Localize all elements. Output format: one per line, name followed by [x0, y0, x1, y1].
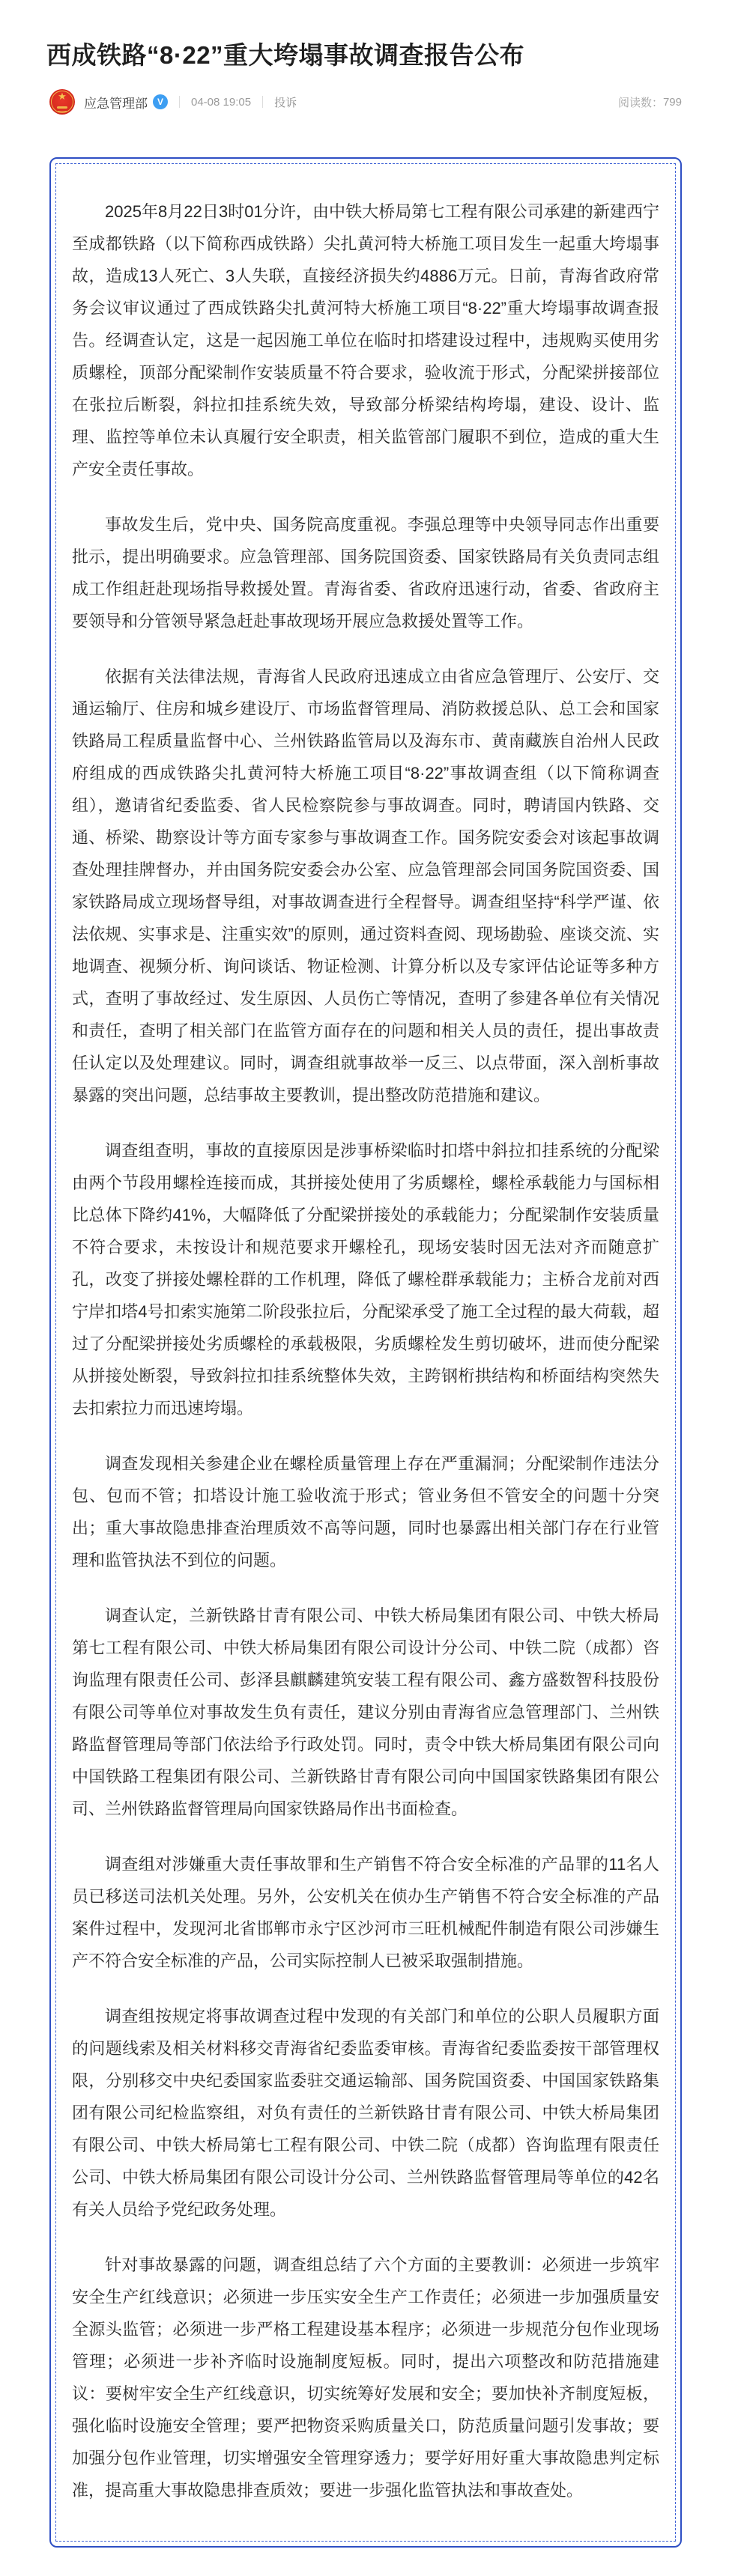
author-avatar-emblem-icon[interactable]: ★	[49, 89, 75, 115]
article-body: 2025年8月22日3时01分许，由中铁大桥局第七工程有限公司承建的新建西宁至成…	[55, 163, 676, 2542]
publish-time: 04-08 19:05	[191, 96, 251, 109]
verified-badge-icon: V	[153, 94, 168, 109]
read-count-label: 阅读数：	[618, 94, 663, 110]
article-paragraph: 调查发现相关参建企业在螺栓质量管理上存在严重漏洞；分配梁制作违法分包、包而不管；…	[72, 1448, 659, 1576]
meta-divider	[179, 96, 180, 108]
author-name[interactable]: 应急管理部	[84, 93, 148, 112]
emblem-star-icon: ★	[49, 91, 75, 102]
read-count: 阅读数： 799	[618, 94, 682, 110]
article-paragraph: 针对事故暴露的问题，调查组总结了六个方面的主要教训：必须进一步筑牢安全生产红线意…	[72, 2249, 659, 2506]
meta-divider	[262, 96, 263, 108]
article-paragraph: 调查组按规定将事故调查过程中发现的有关部门和单位的公职人员履职方面的问题线索及相…	[72, 2000, 659, 2226]
article-meta-bar: ★ 应急管理部 V 04-08 19:05 投诉 阅读数： 799	[49, 87, 682, 117]
report-complaint-button[interactable]: 投诉	[274, 94, 297, 110]
article-content-box: 2025年8月22日3时01分许，由中铁大桥局第七工程有限公司承建的新建西宁至成…	[49, 157, 682, 2548]
read-count-value: 799	[663, 96, 682, 109]
page-title: 西成铁路“8·22”重大垮塌事故调查报告公布	[0, 0, 729, 72]
article-paragraph: 调查组查明，事故的直接原因是涉事桥梁临时扣塔中斜拉扣挂系统的分配梁由两个节段用螺…	[72, 1134, 659, 1424]
article-paragraph: 2025年8月22日3时01分许，由中铁大桥局第七工程有限公司承建的新建西宁至成…	[72, 195, 659, 485]
article-paragraph: 依据有关法律法规，青海省人民政府迅速成立由省应急管理厅、公安厅、交通运输厅、住房…	[72, 660, 659, 1111]
article-paragraph: 事故发生后，党中央、国务院高度重视。李强总理等中央领导同志作出重要批示，提出明确…	[72, 508, 659, 637]
article-paragraph: 调查认定，兰新铁路甘青有限公司、中铁大桥局集团有限公司、中铁大桥局第七工程有限公…	[72, 1600, 659, 1825]
article-paragraph: 调查组对涉嫌重大责任事故罪和生产销售不符合安全标准的产品罪的11名人员已移送司法…	[72, 1848, 659, 1977]
